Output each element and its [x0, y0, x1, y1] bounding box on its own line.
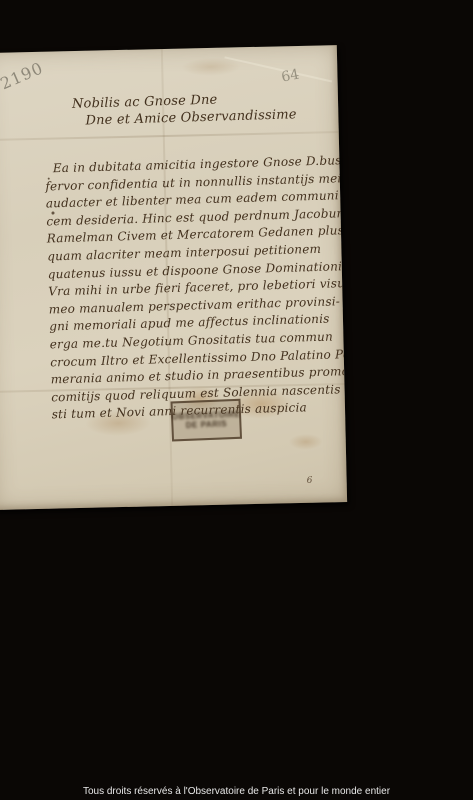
corner-ink-mark: 6: [307, 476, 313, 486]
archival-number-top-right: 64: [280, 67, 301, 86]
letter-salutation: Nobilis ac Gnose Dne Dne et Amice Observ…: [72, 89, 297, 130]
letter-body: Ea in dubitata amicitia ingestore Gnose …: [45, 152, 348, 424]
archival-number-top-left: 2190: [0, 58, 46, 93]
fold-crease: [0, 131, 339, 141]
corner-crease: [224, 56, 332, 82]
stamp-text-line: DE PARIS: [186, 419, 228, 430]
archive-image-viewer: 2190 64 Nobilis ac Gnose Dne Dne et Amic…: [0, 0, 473, 800]
paper-stain: [289, 433, 323, 450]
copyright-caption: Tous droits réservés à l'Observatoire de…: [0, 786, 473, 797]
library-stamp: OBSERVATOIRE DE PARIS: [170, 399, 242, 442]
paper-stain: [181, 57, 241, 76]
manuscript-page: 2190 64 Nobilis ac Gnose Dne Dne et Amic…: [0, 45, 347, 510]
